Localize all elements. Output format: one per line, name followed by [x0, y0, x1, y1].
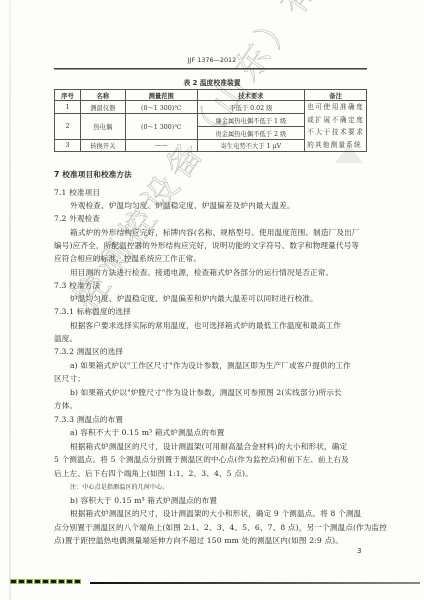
- list-item: b) 容积大于 0.15 m³ 箱式炉测温点的布置: [70, 496, 217, 506]
- marker-block: [42, 579, 49, 584]
- paragraph-line: 应符合相应的标准，控温系统应工作正常。: [54, 254, 201, 264]
- paragraph-line: 温度。: [54, 334, 77, 344]
- section-7-1-text: 外观检查、炉温均匀度、炉温稳定度、炉温偏差及炉内最大温差。: [70, 201, 295, 211]
- marker-block: [74, 579, 81, 584]
- section-7-3-heading: 7.3 校准方法: [54, 281, 100, 291]
- paragraph-line: 区尺寸；: [54, 374, 85, 384]
- section-7-2-heading: 7.2 外观检查: [54, 214, 100, 224]
- section-7-heading: 7 校准项目和校准方法: [54, 170, 132, 180]
- cell-requirement: 不低于 0.02 级: [197, 101, 305, 114]
- table-header-row: 序号 名称 测量范围 技术要求 备注: [55, 90, 367, 101]
- marker-block: [10, 579, 17, 584]
- cell-no: 1: [55, 101, 81, 114]
- section-7-3-1-heading: 7.3.1 标称温度的选择: [54, 307, 131, 317]
- marker-block: [18, 579, 25, 584]
- marker-block: [26, 579, 33, 584]
- marker-block: [34, 579, 41, 584]
- paragraph-line: 后上左、后下右四个端角上(如图 1:1、2、3、4、5 点)。: [54, 469, 253, 479]
- section-7-3-2-heading: 7.3.2 测温区的选择: [54, 347, 123, 357]
- cell-remark: 也可使用准确度或扩展不确定度不大于技术要求的其他测量系统: [305, 101, 367, 152]
- paragraph-line: 根据客户要求选择实际的常用温度，也可选择箱式炉的最低工作温度和最高工作: [70, 321, 341, 331]
- cell-name: 热电偶: [80, 114, 125, 140]
- paragraph-line: 点)置于距控温热电偶测量端延伸方向不超过 150 mm 处的测温区内(如图 2:…: [54, 536, 343, 546]
- paragraph-line: 炉温均匀度、炉温稳定度、炉温偏差和炉内最大温差可以同时进行校准。: [70, 294, 318, 304]
- table-row: 1 测温仪器 (0～1 300)℃ 不低于 0.02 级 也可使用准确度或扩展不…: [55, 101, 367, 114]
- cell-name: 转换开关: [80, 140, 125, 152]
- col-header-remark: 备注: [305, 90, 367, 101]
- calibration-equipment-table: 序号 名称 测量范围 技术要求 备注 1 测温仪器 (0～1 300)℃ 不低于…: [54, 89, 367, 152]
- header-rule: [54, 68, 367, 70]
- cell-range: (0～1 300)℃: [125, 101, 197, 114]
- col-header-name: 名称: [80, 90, 125, 101]
- paragraph-line: 根据箱式炉测温区的尺寸，设计测温架的大小和形状，确定 9 个测温点。将 8 个测…: [70, 509, 361, 519]
- paragraph-line: 根据箱式炉测温区的尺寸，设计测温架(可用耐高温合金材料)的大小和形状，确定: [70, 442, 347, 452]
- cell-requirement-2: 贵金属热电偶不低于 2 级: [197, 127, 305, 140]
- cell-no: 3: [55, 140, 81, 152]
- note-text: 注：中心点是指测温区的几何中心。: [70, 483, 168, 493]
- marker-block: [50, 579, 57, 584]
- cell-name: 测温仪器: [80, 101, 125, 114]
- marker-block: [66, 579, 73, 584]
- paragraph-line: 方体。: [54, 401, 77, 411]
- scan-marker-strip: [10, 579, 82, 584]
- paragraph-line: 编号)应齐全，所配温控器的外形结构应完好，说明功能的文字符号、数字和物理量代号等: [54, 241, 359, 251]
- cell-range: (0～1 300)℃: [125, 114, 197, 140]
- cell-range: ——: [125, 140, 197, 152]
- paragraph-line: 用目测的方法进行检查。接通电源，检查箱式炉各部分的运行情况是否正常。: [70, 268, 333, 278]
- cell-requirement: 寄生电势不大于 1 μV: [197, 140, 305, 152]
- cell-requirement: 廉金属热电偶不低于 1 级: [197, 114, 305, 127]
- stamp-mark: [335, 145, 363, 163]
- page-number: 3: [357, 547, 361, 555]
- paragraph-line: 点分别置于测温区的八个端角上(如图 2:1、2、3、4、5、6、7、8 点)，另…: [54, 523, 387, 533]
- paragraph-line: 5 个测温点。将 5 个测温点分别置于测温区的中心点(作为监控点)和前下左、前上…: [54, 455, 349, 465]
- standard-number-header: JJF 1376—2012: [0, 56, 424, 64]
- col-header-requirement: 技术要求: [197, 90, 305, 101]
- list-item: a) 如果箱式炉以"工作区尺寸"作为设计参数，测温区即为生产厂或客户提供的工作: [70, 361, 351, 371]
- marker-block: [58, 579, 65, 584]
- paragraph-line: 箱式炉的外形结构应完好，标牌内容(名称、规格型号、使用温度范围、制造厂及出厂: [70, 228, 360, 238]
- cell-no: 2: [55, 114, 81, 140]
- col-header-range: 测量范围: [125, 90, 197, 101]
- col-header-no: 序号: [55, 90, 81, 101]
- page-edge-shadow: [9, 0, 11, 600]
- table-caption: 表 2 温度校准装置: [0, 77, 424, 87]
- section-7-3-3-heading: 7.3.3 测温点的布置: [54, 415, 123, 425]
- footer-rule: [90, 582, 420, 584]
- list-item: b) 如果箱式炉以"炉膛尺寸"作为设计参数，测温区可参照图 2(实线部分)所示长: [70, 388, 342, 398]
- list-item: a) 容积不大于 0.15 m³ 箱式炉测温点的布置: [70, 428, 225, 438]
- section-7-1-heading: 7.1 校准项目: [54, 188, 100, 198]
